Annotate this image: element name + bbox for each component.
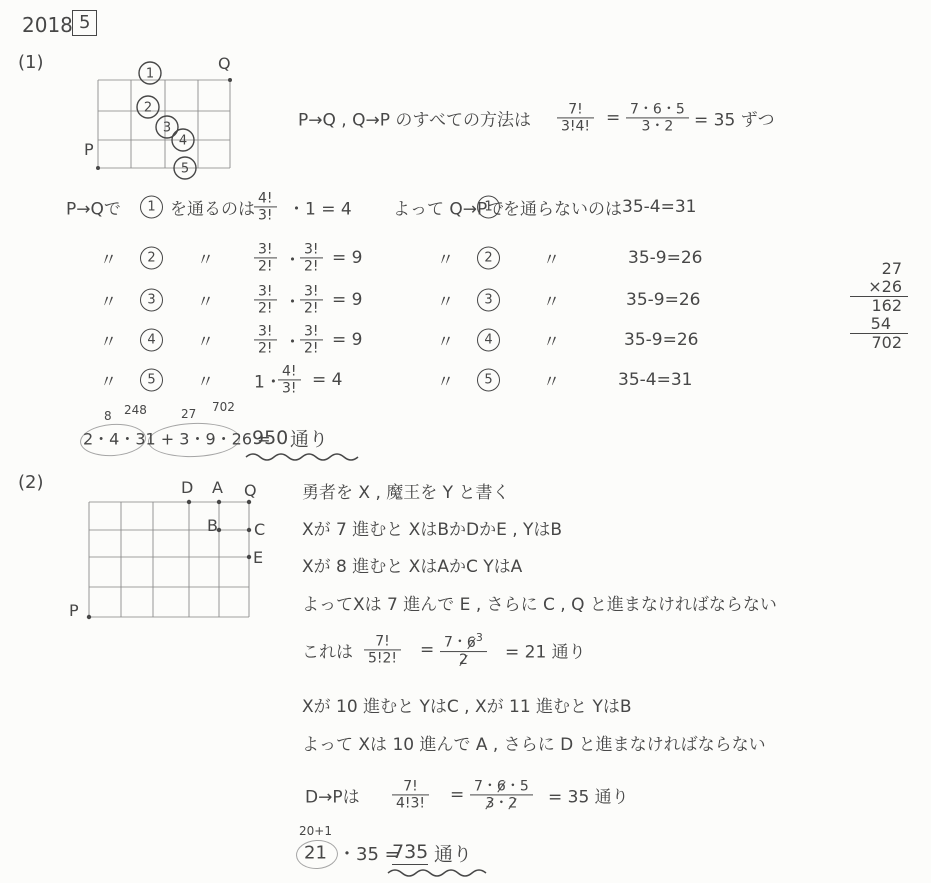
row-left-ditto: 〃 bbox=[100, 328, 117, 353]
grid1-q-label: Q bbox=[218, 54, 231, 73]
final-result: 950 bbox=[252, 427, 288, 449]
part2-line-6: よって Xは 10 進んで A , さらに D と進まなければならない bbox=[302, 730, 766, 755]
row-right-expression: 35-9=26 bbox=[626, 290, 700, 310]
grid2-d-label: D bbox=[181, 478, 193, 497]
row-left-ditto-2: 〃 bbox=[197, 328, 214, 353]
row-right-ditto: 〃 bbox=[437, 288, 454, 313]
point-q-dot bbox=[247, 500, 251, 504]
row-fraction-1: 3! 2! bbox=[254, 241, 277, 274]
row-fraction-1: 4! 3! bbox=[278, 363, 301, 396]
row-right-expression: 35-4=31 bbox=[618, 370, 692, 390]
row-right-ditto: 〃 bbox=[437, 328, 454, 353]
svg-text:3: 3 bbox=[163, 121, 171, 136]
row-expression-tail: ・1 = 4 bbox=[288, 195, 352, 220]
final-expression: 2・4・31 + 3・9・26 = bbox=[83, 427, 271, 450]
final-result: 735 bbox=[392, 841, 428, 865]
row-left-circled-number: 2 bbox=[140, 247, 163, 270]
row-right-circled-number: 4 bbox=[477, 329, 500, 352]
annotation-8: 8 bbox=[104, 409, 112, 423]
row-right-ditto-2: 〃 bbox=[543, 246, 560, 271]
point-circle-1: 1 bbox=[139, 62, 161, 84]
point-d-dot bbox=[187, 500, 191, 504]
final-times-35: ・35 = bbox=[338, 840, 400, 866]
svg-text:5: 5 bbox=[181, 162, 189, 177]
grid2-e-label: E bbox=[253, 548, 263, 567]
row-left-circled-number: 4 bbox=[140, 329, 163, 352]
intro-equals: = bbox=[606, 108, 620, 128]
row-left-circled-number: 3 bbox=[140, 289, 163, 312]
row-fraction-2: 3! 2! bbox=[300, 241, 323, 274]
final-product: 702 bbox=[850, 334, 908, 352]
multiplier: ×26 bbox=[850, 278, 908, 297]
point-circle-2: 2 bbox=[137, 96, 159, 118]
intro-result: = 35 ずつ bbox=[694, 106, 775, 131]
handwritten-math-worksheet: 2018 5 (1) 1 2 3 bbox=[0, 0, 931, 883]
long-multiplication: 27 ×26 162 54 702 bbox=[850, 260, 908, 352]
row-right-ditto-2: 〃 bbox=[543, 328, 560, 353]
row-expression-tail: = 9 bbox=[332, 290, 362, 310]
row-right-ditto: 〃 bbox=[437, 246, 454, 271]
calc2-num-cancelled: 6 bbox=[497, 778, 506, 794]
multiplicand: 27 bbox=[850, 260, 908, 278]
calc1-result: = 21 通り bbox=[505, 638, 586, 663]
problem-number-box: 5 bbox=[72, 10, 97, 36]
part1-label: (1) bbox=[18, 52, 44, 73]
calc2-num-pre: 7・ bbox=[474, 778, 497, 794]
row-left-circled-number: 1 bbox=[140, 196, 163, 219]
svg-text:1: 1 bbox=[146, 67, 154, 82]
row-right-circled-number: 1 bbox=[477, 196, 500, 219]
intro-fraction-1: 7! 3!4! bbox=[557, 101, 594, 134]
row-left-ditto-2: 〃 bbox=[197, 246, 214, 271]
row-right-circled-number: 3 bbox=[477, 289, 500, 312]
row-right-ditto-2: 〃 bbox=[543, 288, 560, 313]
row-fraction-2: 3! 2! bbox=[300, 323, 323, 356]
final-circled-21: 21 bbox=[304, 843, 327, 864]
grid2-p-label: P bbox=[69, 601, 79, 620]
row-expression-tail: = 9 bbox=[332, 248, 362, 268]
intro-text: P→Q , Q→P のすべての方法は bbox=[298, 106, 531, 131]
calc2-den-dot: ・ bbox=[494, 796, 508, 812]
point-c-dot bbox=[247, 528, 251, 532]
lattice-grid-diagram-1: 1 2 3 4 5 bbox=[95, 58, 245, 184]
year-label: 2018 bbox=[22, 13, 73, 37]
q-corner-dot bbox=[228, 78, 232, 82]
calc1-equals: = bbox=[420, 640, 434, 660]
row-right-circled-number: 5 bbox=[477, 369, 500, 392]
row-fraction-1: 4! 3! bbox=[254, 190, 277, 223]
calc2-equals: = bbox=[450, 785, 464, 805]
calc1-cancel-result: 3 bbox=[476, 631, 483, 644]
calc2-num-post: ・5 bbox=[506, 778, 529, 794]
row-fraction-2: 3! 2! bbox=[300, 283, 323, 316]
calc2-den-cancelled-1: 3 bbox=[485, 796, 494, 812]
calc2-den-cancelled-2: 2 bbox=[508, 796, 517, 812]
row-right-post: を通らないのは bbox=[503, 195, 622, 220]
point-e-dot bbox=[247, 555, 251, 559]
annotation-702: 702 bbox=[212, 400, 235, 414]
point-circle-3: 3 bbox=[156, 116, 178, 138]
grid1-p-label: P bbox=[84, 140, 94, 159]
calc2-lead: D→Pは bbox=[305, 783, 360, 808]
calc1-num-cancelled: 6 bbox=[467, 635, 476, 651]
row-right-ditto: 〃 bbox=[437, 368, 454, 393]
row-right-expression: 35-9=26 bbox=[624, 330, 698, 350]
calc2-fraction-2: 7・6・5 3・2 bbox=[470, 778, 533, 811]
final-annotation-20plus1: 20+1 bbox=[299, 824, 332, 838]
row-multiply-dot: ・ bbox=[284, 288, 301, 313]
row-left-ditto-2: 〃 bbox=[197, 368, 214, 393]
part2-line-1: 勇者を X , 魔王を Y と書く bbox=[302, 478, 509, 503]
calc1-fraction-1: 7! 5!2! bbox=[364, 633, 401, 666]
part2-line-2: Xが 7 進むと XはBかDかE , YはB bbox=[302, 515, 562, 540]
row-fraction-1: 3! 2! bbox=[254, 323, 277, 356]
svg-text:4: 4 bbox=[179, 134, 187, 149]
point-p-dot bbox=[87, 615, 91, 619]
grid2-b-label: B bbox=[207, 516, 218, 535]
wavy-underline-2 bbox=[386, 868, 492, 878]
final-unit: 通り bbox=[290, 425, 328, 452]
row-right-circled-number: 2 bbox=[477, 247, 500, 270]
row-right-expression: 35-4=31 bbox=[622, 197, 696, 217]
part2-line-5: Xが 10 進むと YはC , Xが 11 進むと YはB bbox=[302, 692, 632, 717]
row-expression-tail: = 4 bbox=[312, 370, 342, 390]
row-left-circled-number: 5 bbox=[140, 369, 163, 392]
row-left-ditto: 〃 bbox=[100, 288, 117, 313]
row-right-ditto-2: 〃 bbox=[543, 368, 560, 393]
row-fraction-1: 3! 2! bbox=[254, 283, 277, 316]
row-right-expression: 35-9=26 bbox=[628, 248, 702, 268]
part2-label: (2) bbox=[18, 472, 44, 493]
grid2-c-label: C bbox=[254, 520, 265, 539]
row-left-post: を通るのは bbox=[170, 195, 255, 220]
calc1-lead: これは bbox=[302, 638, 353, 663]
calc1-num-pre: 7・ bbox=[444, 635, 467, 651]
grid-lines bbox=[89, 502, 249, 617]
calc1-fraction-2: 7・63 2 bbox=[440, 632, 487, 668]
grid2-a-label: A bbox=[212, 478, 223, 497]
svg-text:2: 2 bbox=[144, 101, 152, 116]
part2-line-4: よってXは 7 進んで E , さらに C , Q と進まなければならない bbox=[302, 590, 777, 615]
calc1-den-cancelled: 2 bbox=[459, 652, 468, 668]
point-a-dot bbox=[217, 500, 221, 504]
calc2-result: = 35 通り bbox=[548, 783, 629, 808]
final-unit: 通り bbox=[434, 840, 472, 867]
annotation-248: 248 bbox=[124, 403, 147, 417]
partial-product-2: 54 bbox=[850, 315, 908, 334]
partial-product-1: 162 bbox=[850, 297, 908, 315]
row-expression-tail: = 9 bbox=[332, 330, 362, 350]
row-left-ditto: 〃 bbox=[100, 246, 117, 271]
row-left-ditto-2: 〃 bbox=[197, 288, 214, 313]
part2-line-3: Xが 8 進むと XはAかC YはA bbox=[302, 552, 522, 577]
wavy-underline-1 bbox=[244, 452, 360, 462]
intro-fraction-2: 7・6・5 3・2 bbox=[626, 101, 689, 134]
p-corner-dot bbox=[96, 166, 100, 170]
row-left-ditto: 〃 bbox=[100, 368, 117, 393]
annotation-27: 27 bbox=[181, 407, 196, 421]
lattice-grid-diagram-2 bbox=[86, 494, 261, 626]
calc2-fraction-1: 7! 4!3! bbox=[392, 778, 429, 811]
row-multiply-dot: ・ bbox=[284, 246, 301, 271]
row-left-pre: P→Qで bbox=[66, 195, 121, 220]
grid2-q-label: Q bbox=[244, 481, 257, 500]
row-multiply-dot: ・ bbox=[284, 328, 301, 353]
